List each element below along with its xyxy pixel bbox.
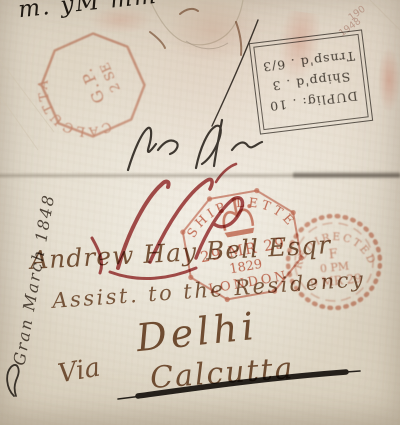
flap-ink-strokes (150, 9, 241, 55)
postal-cover-photo: m. yM mm 190 1948 CALCUTTA G.P. 2 SE DUP… (0, 0, 400, 425)
